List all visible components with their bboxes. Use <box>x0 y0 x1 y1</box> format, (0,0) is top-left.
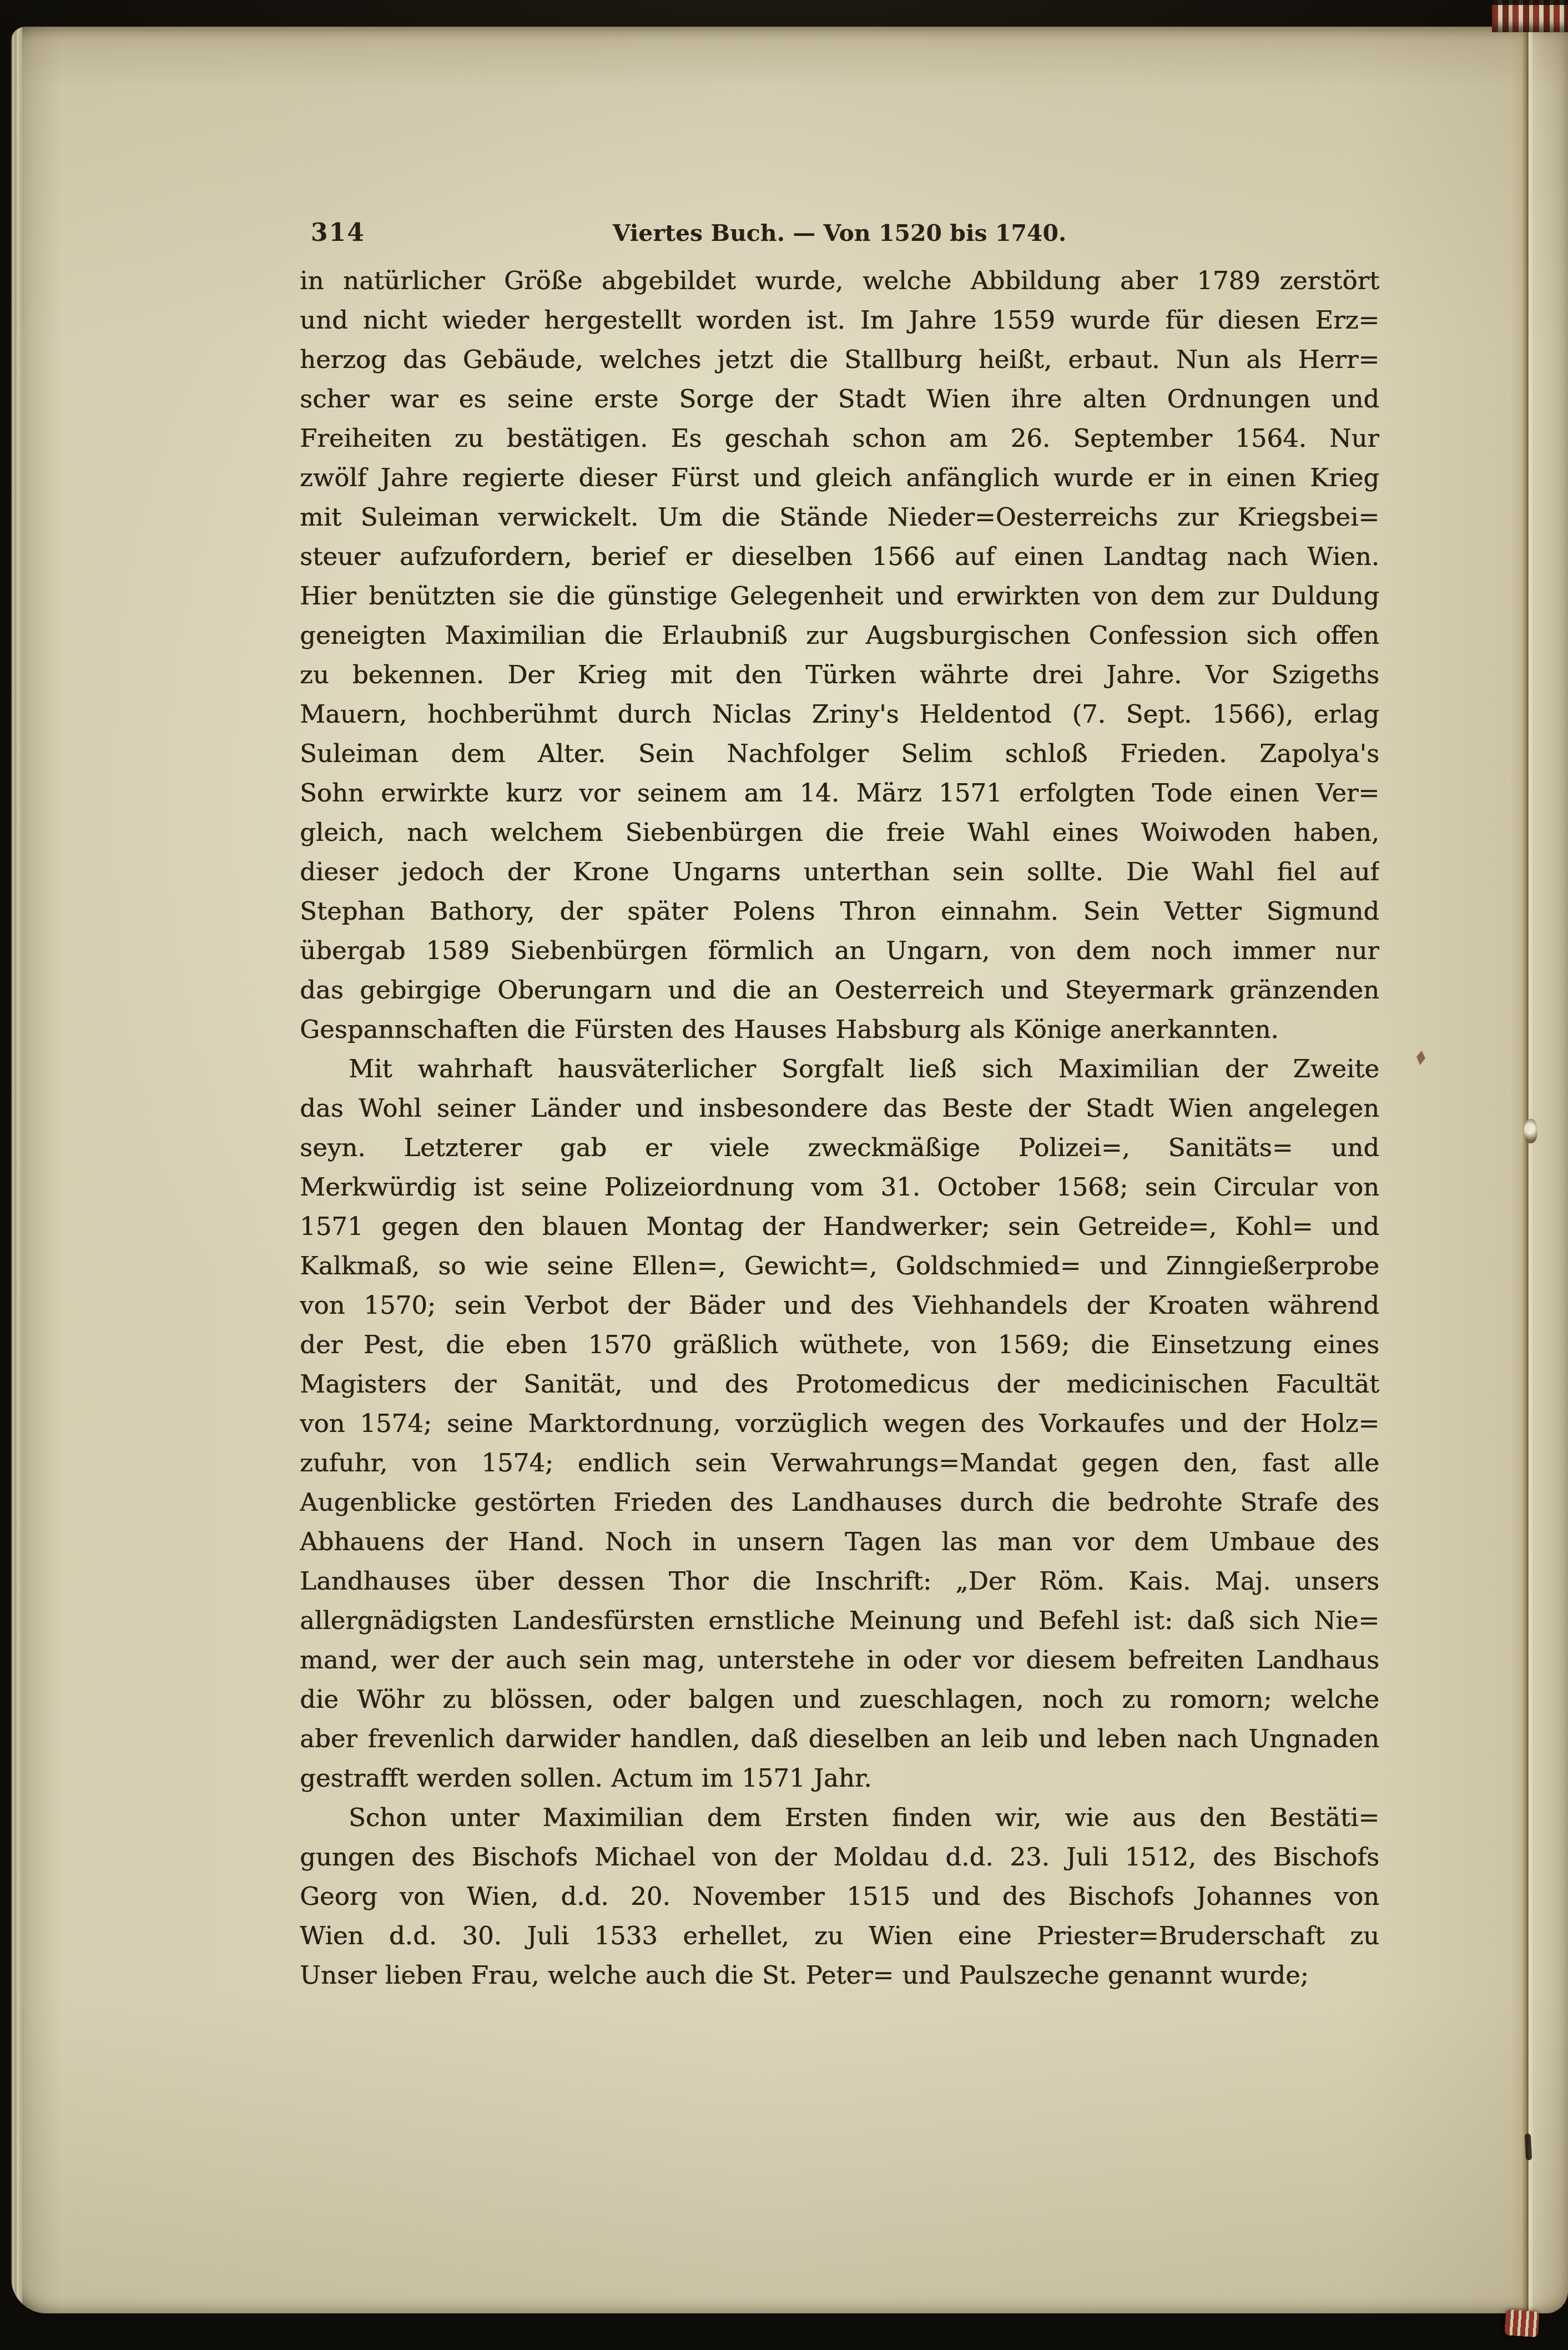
headband-bottom <box>1504 2309 1539 2337</box>
paper-blemish <box>1524 1119 1537 1143</box>
text-line: Augenblicke gestörten Frieden des Landha… <box>300 1482 1379 1522</box>
page-stack-edge <box>11 27 22 2313</box>
text-line: steuer aufzufordern, berief er dieselben… <box>300 537 1379 576</box>
text-line: Stephan Bathory, der später Polens Thron… <box>300 891 1379 931</box>
text-line: scher war es seine erste Sorge der Stadt… <box>300 379 1379 418</box>
text-line: Georg von Wien, d.d. 20. November 1515 u… <box>300 1877 1379 1916</box>
page-fold-crease <box>1510 27 1545 2313</box>
text-line: die Wöhr zu blössen, oder balgen und zue… <box>300 1680 1379 1719</box>
text-line: Suleiman dem Alter. Sein Nachfolger Seli… <box>300 734 1379 773</box>
text-line: mand, wer der auch sein mag, unterstehe … <box>300 1640 1379 1680</box>
running-header: Viertes Buch. — Von 1520 bis 1740. <box>300 220 1379 246</box>
text-line: Hier benützten sie die günstige Gelegenh… <box>300 576 1379 616</box>
text-line: herzog das Gebäude, welches jetzt die St… <box>300 340 1379 379</box>
text-line: Abhauens der Hand. Noch in unsern Tagen … <box>300 1522 1379 1561</box>
text-line: übergab 1589 Siebenbürgen förmlich an Un… <box>300 931 1379 970</box>
text-line: Kalkmaß, so wie seine Ellen=, Gewicht=, … <box>300 1246 1379 1285</box>
text-line: gestrafft werden sollen. Actum im 1571 J… <box>300 1758 1379 1798</box>
text-line: Wien d.d. 30. Juli 1533 erhellet, zu Wie… <box>300 1916 1379 1955</box>
text-line: Schon unter Maximilian dem Ersten finden… <box>300 1798 1379 1837</box>
text-line: aber frevenlich darwider handlen, daß di… <box>300 1719 1379 1758</box>
text-line: zufuhr, von 1574; endlich sein Verwahrun… <box>300 1443 1379 1482</box>
text-line: gleich, nach welchem Siebenbürgen die fr… <box>300 813 1379 852</box>
text-line: Magisters der Sanität, und des Protomedi… <box>300 1364 1379 1404</box>
book-page: 314 Viertes Buch. — Von 1520 bis 1740. i… <box>11 27 1568 2313</box>
text-line: das Wohl seiner Länder und insbesondere … <box>300 1088 1379 1128</box>
paragraph: Schon unter Maximilian dem Ersten finden… <box>300 1798 1379 1995</box>
text-line: von 1574; seine Marktordnung, vorzüglich… <box>300 1404 1379 1443</box>
text-line: Gespannschaften die Fürsten des Hauses H… <box>300 1010 1379 1049</box>
paragraph: Mit wahrhaft hausväterlicher Sorgfalt li… <box>300 1049 1379 1798</box>
text-line: 1571 gegen den blauen Montag der Handwer… <box>300 1207 1379 1246</box>
ink-speck <box>1416 1051 1425 1065</box>
text-line: zu bekennen. Der Krieg mit den Türken wä… <box>300 655 1379 694</box>
text-line: Landhauses über dessen Thor die Inschrif… <box>300 1561 1379 1601</box>
text-line: Sohn erwirkte kurz vor seinem am 14. Mär… <box>300 773 1379 813</box>
text-line: zwölf Jahre regierte dieser Fürst und gl… <box>300 458 1379 497</box>
text-line: Mit wahrhaft hausväterlicher Sorgfalt li… <box>300 1049 1379 1088</box>
text-line: und nicht wieder hergestellt worden ist.… <box>300 300 1379 340</box>
paragraph: in natürlicher Größe abgebildet wurde, w… <box>300 261 1379 1049</box>
text-line: der Pest, die eben 1570 gräßlich wüthete… <box>300 1325 1379 1364</box>
text-line: allergnädigsten Landesfürsten ernstliche… <box>300 1601 1379 1640</box>
text-line: dieser jedoch der Krone Ungarns untertha… <box>300 852 1379 891</box>
text-line: in natürlicher Größe abgebildet wurde, w… <box>300 261 1379 300</box>
text-block: in natürlicher Größe abgebildet wurde, w… <box>300 261 1379 1995</box>
text-line: geneigten Maximilian die Erlaubniß zur A… <box>300 616 1379 655</box>
text-line: Unser lieben Frau, welche auch die St. P… <box>300 1955 1379 1995</box>
text-line: gungen des Bischofs Michael von der Mold… <box>300 1837 1379 1877</box>
text-line: Merkwürdig ist seine Polizeiordnung vom … <box>300 1167 1379 1207</box>
headband-top <box>1492 0 1568 32</box>
text-line: von 1570; sein Verbot der Bäder und des … <box>300 1285 1379 1325</box>
text-line: seyn. Letzterer gab er viele zweckmäßige… <box>300 1128 1379 1167</box>
text-line: das gebirgige Oberungarn und die an Oest… <box>300 970 1379 1010</box>
text-line: Mauern, hochberühmt durch Niclas Zriny's… <box>300 694 1379 734</box>
text-line: Freiheiten zu bestätigen. Es geschah sch… <box>300 418 1379 458</box>
text-line: mit Suleiman verwickelt. Um die Stände N… <box>300 497 1379 537</box>
